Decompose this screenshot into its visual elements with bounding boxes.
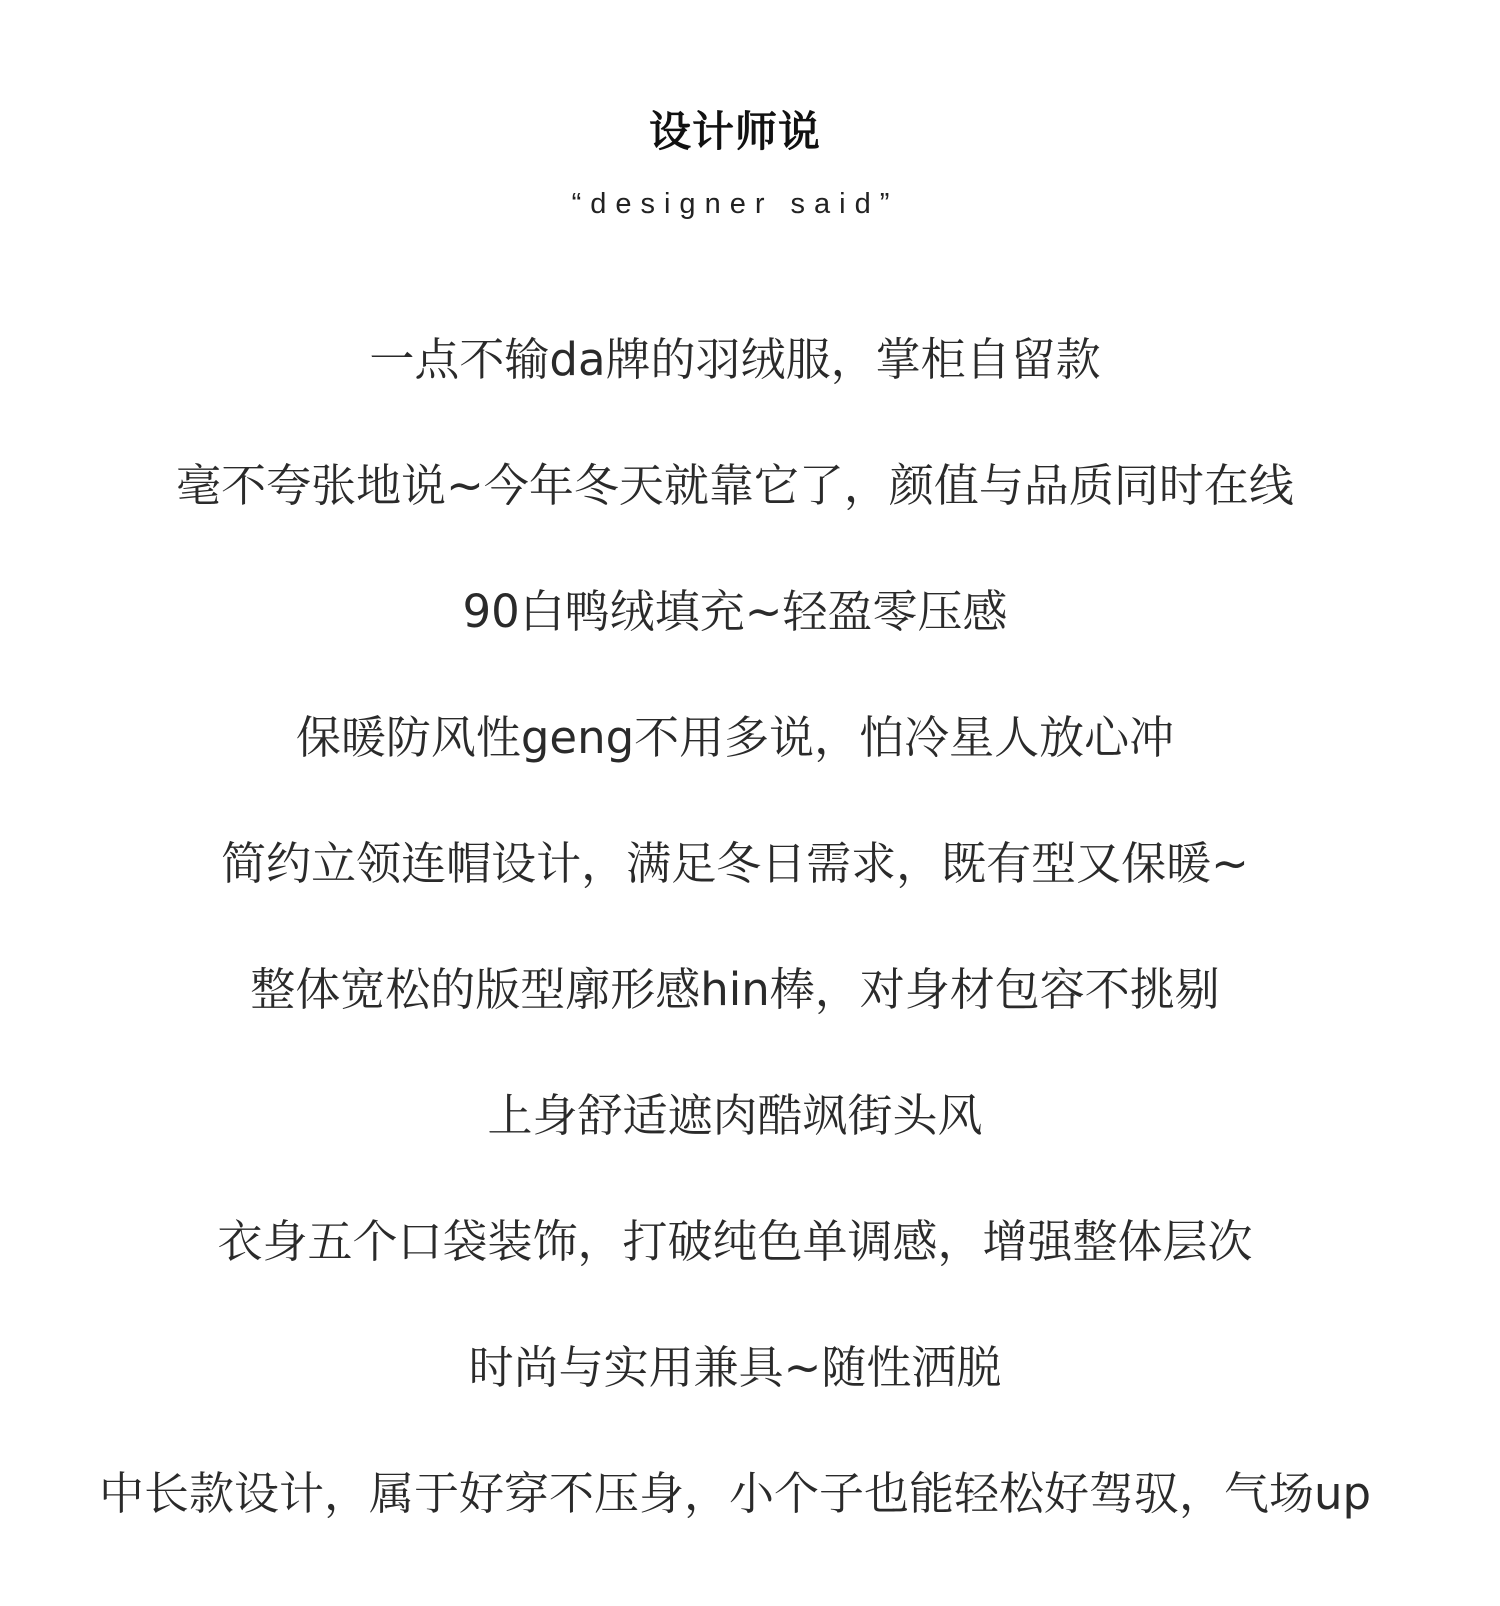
description-line: 中长款设计，属于好穿不压身，小个子也能轻松好驾驭，气场up xyxy=(0,1464,1470,1590)
description-line: 一点不输da牌的羽绒服，掌柜自留款 xyxy=(0,330,1470,456)
description-line: 简约立领连帽设计，满足冬日需求，既有型又保暖~ xyxy=(0,834,1470,960)
description-line: 整体宽松的版型廓形感hin棒，对身材包容不挑剔 xyxy=(0,960,1470,1086)
description-line: 毫不夸张地说~今年冬天就靠它了，颜值与品质同时在线 xyxy=(0,456,1470,582)
description-lines: 一点不输da牌的羽绒服，掌柜自留款 毫不夸张地说~今年冬天就靠它了，颜值与品质同… xyxy=(0,330,1470,1590)
designer-notes-page: 设计师说 “designer said” 一点不输da牌的羽绒服，掌柜自留款 毫… xyxy=(0,0,1470,1606)
section-title: 设计师说 xyxy=(0,104,1470,160)
description-line: 上身舒适遮肉酷飒街头风 xyxy=(0,1086,1470,1212)
description-line: 时尚与实用兼具~随性洒脱 xyxy=(0,1338,1470,1464)
description-line: 90白鸭绒填充~轻盈零压感 xyxy=(0,582,1470,708)
description-line: 保暖防风性geng不用多说，怕冷星人放心冲 xyxy=(0,708,1470,834)
description-line: 衣身五个口袋装饰，打破纯色单调感，增强整体层次 xyxy=(0,1212,1470,1338)
section-subtitle: “designer said” xyxy=(0,184,1470,224)
